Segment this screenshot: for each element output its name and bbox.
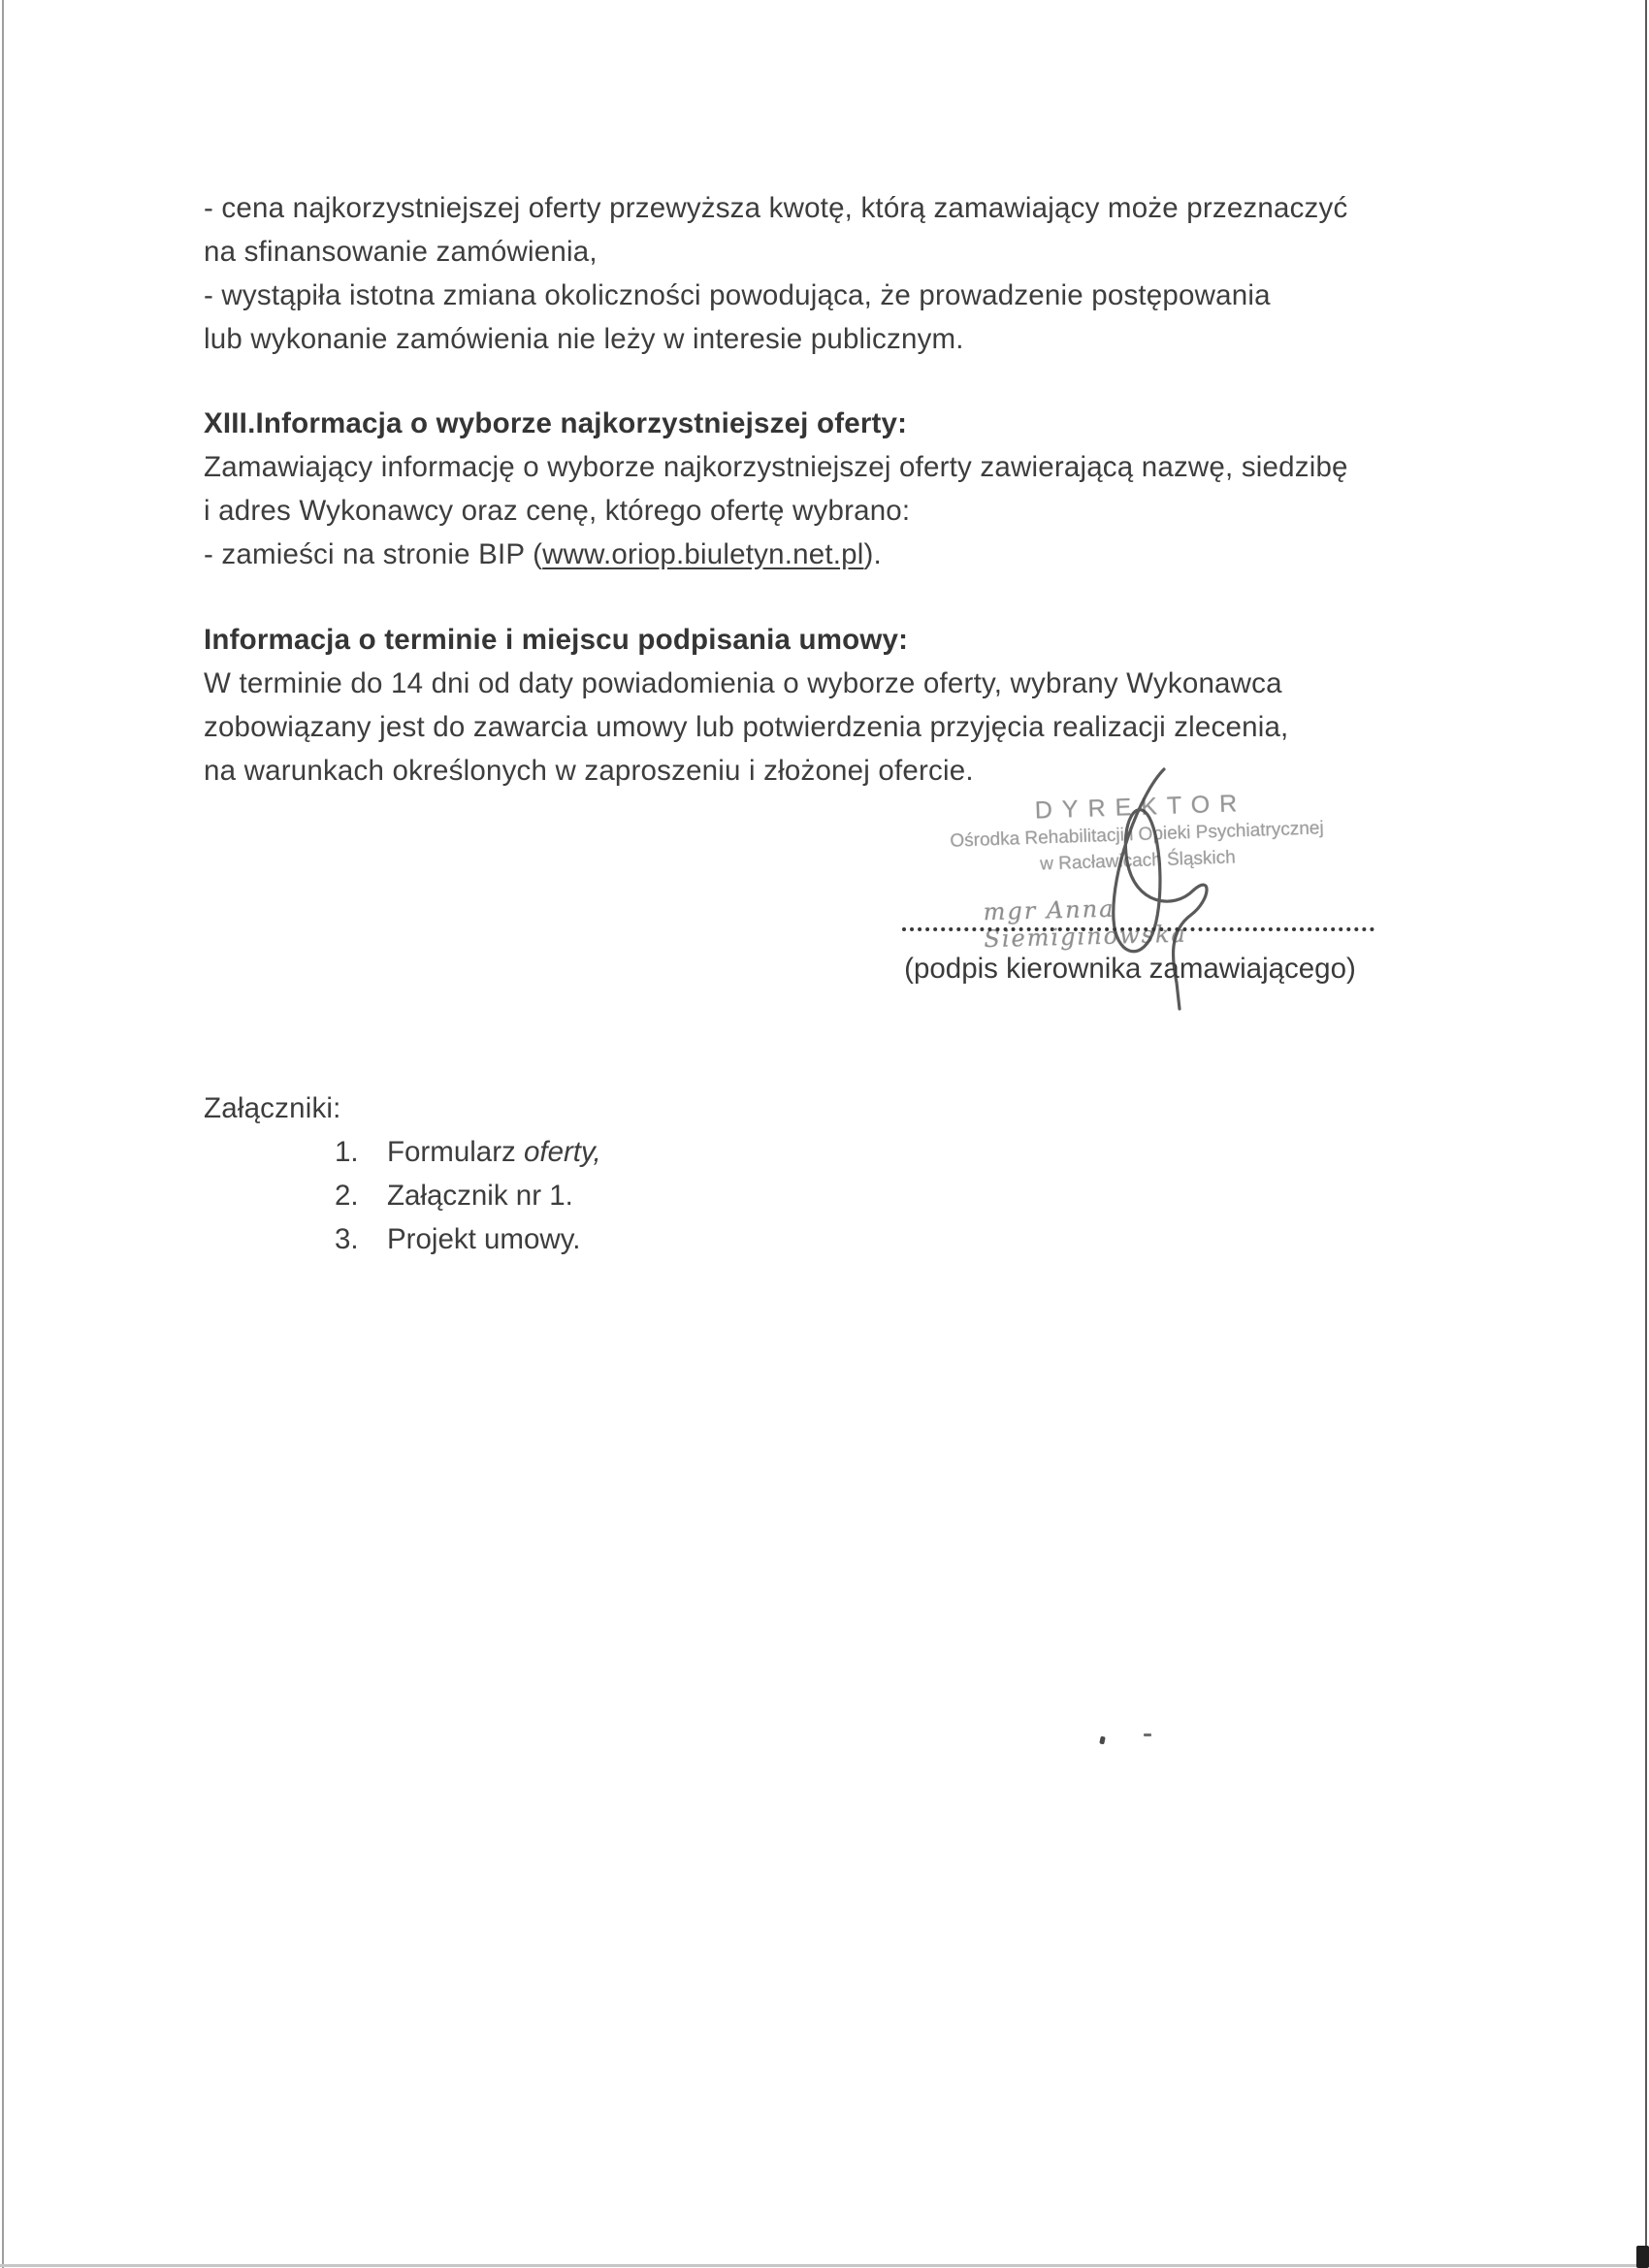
attachment-label: Formularz — [387, 1136, 524, 1168]
scan-edge-left — [2, 0, 4, 2268]
section-choice-heading: XIII.Informacja o wyborze najkorzystniej… — [204, 402, 907, 445]
body-line: lub wykonanie zamówienia nie leży w inte… — [204, 317, 1347, 361]
scan-speck — [1144, 1733, 1151, 1736]
attachment-label: Projekt umowy. — [387, 1223, 580, 1255]
body-line: - wystąpiła istotna zmiana okoliczności … — [204, 274, 1347, 317]
section-signing-heading: Informacja o terminie i miejscu podpisan… — [204, 618, 908, 662]
bip-link[interactable]: www.oriop.biuletyn.net.pl — [542, 538, 863, 570]
scan-edge-right — [1645, 0, 1647, 2268]
section-signing-body: W terminie do 14 dni od daty powiadomien… — [204, 662, 1288, 793]
scan-corner-artifact — [1636, 2246, 1649, 2268]
scanned-document-page: - cena najkorzystniejszej oferty przewyż… — [0, 0, 1649, 2268]
signature-dotted-line — [902, 927, 1374, 931]
body-line: na warunkach określonych w zaproszeniu i… — [204, 749, 1288, 793]
scan-speck — [1099, 1736, 1106, 1745]
section-choice-body: Zamawiający informację o wyborze najkorz… — [204, 445, 1348, 576]
body-line-with-link: - zamieści na stronie BIP (www.oriop.biu… — [204, 533, 1348, 576]
attachment-item: 2.Załącznik nr 1. — [335, 1174, 573, 1217]
body-line: Zamawiający informację o wyborze najkorz… — [204, 445, 1348, 489]
director-stamp: DYREKTOR Ośrodka Rehabilitacji i Opieki … — [942, 787, 1333, 881]
scan-edge-bottom — [0, 2264, 1649, 2267]
link-line-suffix: ). — [863, 538, 881, 570]
attachment-item: 3.Projekt umowy. — [335, 1217, 580, 1261]
attachment-label: Załącznik nr 1. — [387, 1180, 573, 1212]
attachment-item: 1.Formularz oferty, — [335, 1130, 601, 1174]
body-line: zobowiązany jest do zawarcia umowy lub p… — [204, 705, 1288, 749]
attachment-number: 2. — [335, 1174, 370, 1217]
body-line: i adres Wykonawcy oraz cenę, którego ofe… — [204, 489, 1348, 533]
stamp-signer-name: mgr Anna Siemiginowska — [983, 891, 1294, 953]
attachments-heading: Załączniki: — [204, 1086, 341, 1130]
withdrawal-paragraph: - cena najkorzystniejszej oferty przewyż… — [204, 186, 1347, 361]
link-line-prefix: - zamieści na stronie BIP ( — [204, 538, 542, 570]
signature-caption: (podpis kierownika zamawiającego) — [890, 953, 1370, 986]
attachment-number: 3. — [335, 1217, 370, 1261]
body-line: W terminie do 14 dni od daty powiadomien… — [204, 662, 1288, 705]
body-line: na sfinansowanie zamówienia, — [204, 230, 1347, 274]
attachment-label-italic: oferty, — [524, 1136, 601, 1168]
attachment-number: 1. — [335, 1130, 370, 1174]
body-line: - cena najkorzystniejszej oferty przewyż… — [204, 186, 1347, 230]
